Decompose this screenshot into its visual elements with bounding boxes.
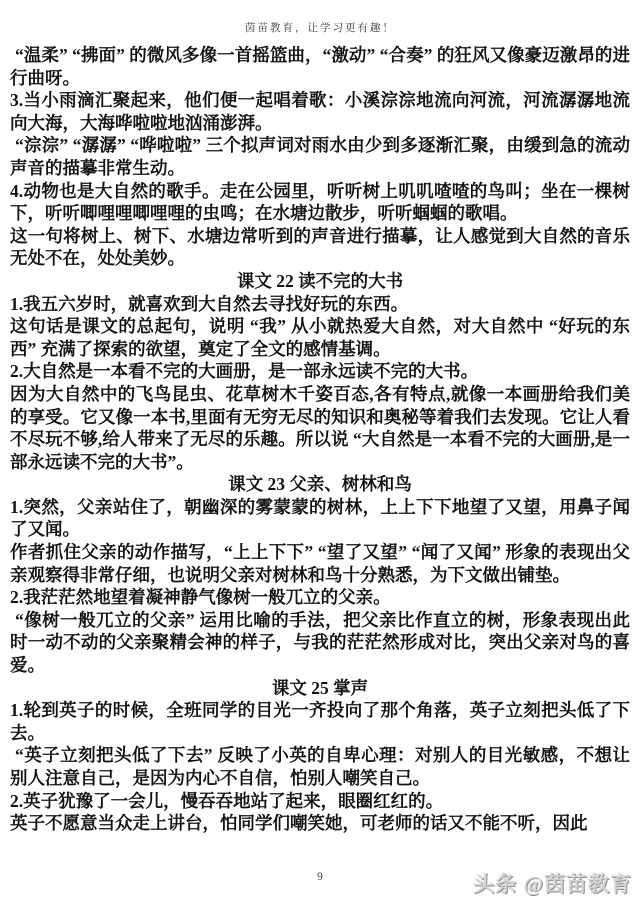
paragraph: “淙淙” “潺潺” “哗啦啦” 三个拟声词对雨水由少到多逐渐汇聚，由缓到急的流动… [10,134,630,179]
header-slogan: 茵苗教育，让学习更有趣！ [10,20,630,35]
paragraph: 1.我五六岁时，就喜欢到大自然去寻找好玩的东西。 [10,293,630,316]
paragraph: 4.动物也是大自然的歌手。走在公园里，听听树上叽叽喳喳的鸟叫；坐在一棵树下，听听… [10,180,630,225]
paragraph: 因为大自然中的飞鸟昆虫、花草树木千姿百态,各有特点,就像一本画册给我们美的享受。… [10,383,630,473]
paragraph: 英子不愿意当众走上讲台，怕同学们嘲笑她，可老师的话又不能不听，因此 [10,812,630,835]
watermark: 头条 @茵苗教育 [473,868,632,898]
paragraph: “英子立刻把头低了下去” 反映了小英的自卑心理：对别人的目光敏感，不想让别人注意… [10,744,630,789]
paragraph: 3.当小雨滴汇聚起来，他们便一起唱着歌：小溪淙淙地流向河流，河流潺潺地流向大海，… [10,89,630,134]
paragraph: “温柔” “拂面” 的微风多像一首摇篮曲，“激动” “合奏” 的狂风又像豪迈激昂… [10,44,630,89]
paragraph: 2.英子犹豫了一会儿，慢吞吞地站了起来，眼圈红红的。 [10,790,630,813]
paragraph: 这句话是课文的总起句，说明 “我” 从小就热爱大自然，对大自然中 “好玩的东西”… [10,315,630,360]
section-heading-lesson-23: 课文 23 父亲、树林和鸟 [10,473,630,496]
paragraph: “像树一般兀立的父亲” 运用比喻的手法，把父亲比作直立的树，形象表现出此时一动不… [10,609,630,677]
document-page: 茵苗教育，让学习更有趣！ “温柔” “拂面” 的微风多像一首摇篮曲，“激动” “… [0,0,640,905]
paragraph: 2.我茫茫然地望着凝神静气像树一般兀立的父亲。 [10,586,630,609]
paragraph: 1.突然，父亲站住了，朝幽深的雾蒙蒙的树林，上上下下地望了又望，用鼻子闻了又闻。 [10,496,630,541]
paragraph: 2.大自然是一本看不完的大画册，是一部永远读不完的大书。 [10,360,630,383]
paragraph: 作者抓住父亲的动作描写，“上上下下” “望了又望” “闻了又闻” 形象的表现出父… [10,541,630,586]
section-heading-lesson-25: 课文 25 掌声 [10,677,630,700]
document-body: “温柔” “拂面” 的微风多像一首摇篮曲，“激动” “合奏” 的狂风又像豪迈激昂… [10,44,630,835]
paragraph: 这一句将树上、树下、水塘边常听到的声音进行描摹，让人感觉到大自然的音乐无处不在，… [10,225,630,270]
paragraph: 1.轮到英子的时候，全班同学的目光一齐投向了那个角落，英子立刻把头低了下去。 [10,699,630,744]
section-heading-lesson-22: 课文 22 读不完的大书 [10,270,630,293]
